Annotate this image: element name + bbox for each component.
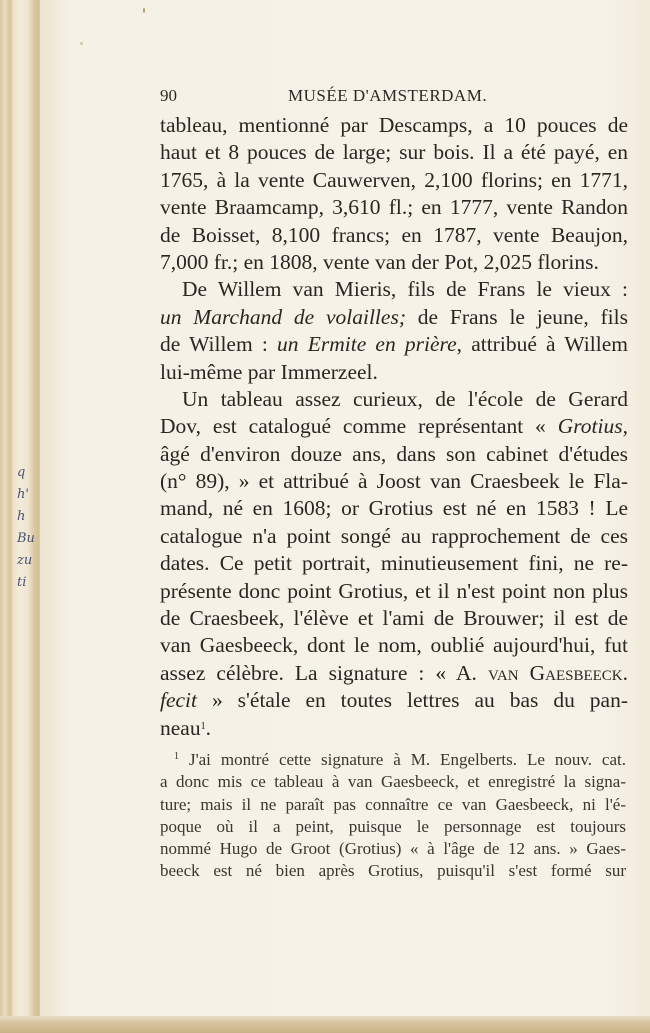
text-run: , bbox=[623, 414, 628, 438]
handwritten-mark: zu bbox=[17, 550, 33, 572]
margin-handwriting: qh'hBuzuti bbox=[17, 462, 33, 594]
footnote-line: ture; mais il ne paraît pas connaître ce… bbox=[160, 794, 626, 816]
text-run: » s'étale en toutes lettres au bas du pa… bbox=[197, 688, 628, 712]
text-line: vente Braamcamp, 3,610 fl.; en 1777, ven… bbox=[160, 194, 628, 221]
text-line: âgé d'environ douze ans, dans son cabine… bbox=[160, 441, 628, 468]
text-run: un Marchand de volailles; bbox=[160, 305, 406, 329]
handwritten-mark: ti bbox=[17, 572, 33, 594]
text-line: Un tableau assez curieux, de l'école de … bbox=[160, 386, 628, 413]
page-number: 90 bbox=[160, 86, 177, 106]
footnote-text: beeck est né bien après Grotius, puisqu'… bbox=[160, 861, 626, 880]
page-header: 90 MUSÉE D'AMSTERDAM. bbox=[160, 86, 630, 108]
text-line: assez célèbre. La signature : « A. van G… bbox=[160, 660, 628, 687]
text-line: de Craesbeek, l'élève et l'ami de Brouwe… bbox=[160, 605, 628, 632]
text-line: neau1. bbox=[160, 715, 628, 742]
handwritten-mark: Bu bbox=[17, 528, 33, 550]
footnote-line: 1 J'ai montré cette signature à M. Engel… bbox=[160, 749, 626, 771]
text-run: fecit bbox=[160, 688, 197, 712]
text-run: assez célèbre. La signature : « A. bbox=[160, 661, 488, 685]
running-title: MUSÉE D'AMSTERDAM. bbox=[288, 86, 487, 106]
footnote: 1 J'ai montré cette signature à M. Engel… bbox=[160, 749, 626, 883]
text-line: De Willem van Mieris, fils de Frans le v… bbox=[160, 276, 628, 303]
paper-speck bbox=[80, 42, 83, 45]
text-line: un Marchand de volailles; de Frans le je… bbox=[160, 304, 628, 331]
handwritten-mark: h' bbox=[17, 484, 33, 506]
text-line: dates. Ce petit portrait, minutieusement… bbox=[160, 550, 628, 577]
text-run: de Willem : bbox=[160, 332, 277, 356]
footnote-line: poque où il a peint, puisque le personna… bbox=[160, 816, 626, 838]
text-line: de Willem : un Ermite en prière, attribu… bbox=[160, 331, 628, 358]
text-line: présente donc point Grotius, et il n'est… bbox=[160, 578, 628, 605]
text-run: de Frans le jeune, fils bbox=[406, 305, 628, 329]
footnote-line: beeck est né bien après Grotius, puisqu'… bbox=[160, 860, 626, 882]
text-line: (n° 89), » et attribué à Joost van Craes… bbox=[160, 468, 628, 495]
text-line: lui-même par Immerzeel. bbox=[160, 359, 628, 386]
text-line: tableau, mentionné par Descamps, a 10 po… bbox=[160, 112, 628, 139]
text-run: un Ermite en prière bbox=[277, 332, 457, 356]
text-line: mand, né en 1608; or Grotius est né en 1… bbox=[160, 495, 628, 522]
text-run: . bbox=[206, 716, 211, 740]
footnote-text: ture; mais il ne paraît pas connaître ce… bbox=[160, 795, 626, 814]
footnote-line: nommé Hugo de Groot (Grotius) « à l'âge … bbox=[160, 838, 626, 860]
text-run: neau bbox=[160, 716, 201, 740]
footnote-text: J'ai montré cette signature à M. Engelbe… bbox=[189, 750, 626, 769]
text-line: catalogue n'a point songé au rapprocheme… bbox=[160, 523, 628, 550]
paper-speck bbox=[143, 8, 145, 13]
footnote-text: nommé Hugo de Groot (Grotius) « à l'âge … bbox=[160, 839, 626, 858]
footnote-text: poque où il a peint, puisque le personna… bbox=[160, 817, 626, 836]
body-text: tableau, mentionné par Descamps, a 10 po… bbox=[160, 112, 628, 742]
text-line: Dov, est catalogué comme représentant « … bbox=[160, 413, 628, 440]
text-line: fecit » s'étale en toutes lettres au bas… bbox=[160, 687, 628, 714]
text-line: de Boisset, 8,100 francs; en 1787, vente… bbox=[160, 222, 628, 249]
footnote-line: a donc mis ce tableau à van Gaesbeeck, e… bbox=[160, 771, 626, 793]
text-line: van Gaesbeeck, dont le nom, oublié aujou… bbox=[160, 632, 628, 659]
text-line: 7,000 fr.; en 1808, vente van der Pot, 2… bbox=[160, 249, 628, 276]
text-run: Grotius bbox=[558, 414, 623, 438]
text-run: Dov, est catalogué comme représentant « bbox=[160, 414, 558, 438]
text-run: , attribué à Willem bbox=[457, 332, 628, 356]
text-line: 1765, à la vente Cauwerven, 2,100 florin… bbox=[160, 167, 628, 194]
footnote-text: a donc mis ce tableau à van Gaesbeeck, e… bbox=[160, 772, 626, 791]
footnote-number: 1 bbox=[174, 751, 179, 762]
page-bottom-edge bbox=[0, 1016, 650, 1033]
handwritten-mark: h bbox=[17, 506, 33, 528]
text-run: van Gaesbeeck. bbox=[488, 661, 628, 685]
text-line: haut et 8 pouces de large; sur bois. Il … bbox=[160, 139, 628, 166]
handwritten-mark: q bbox=[17, 462, 33, 484]
